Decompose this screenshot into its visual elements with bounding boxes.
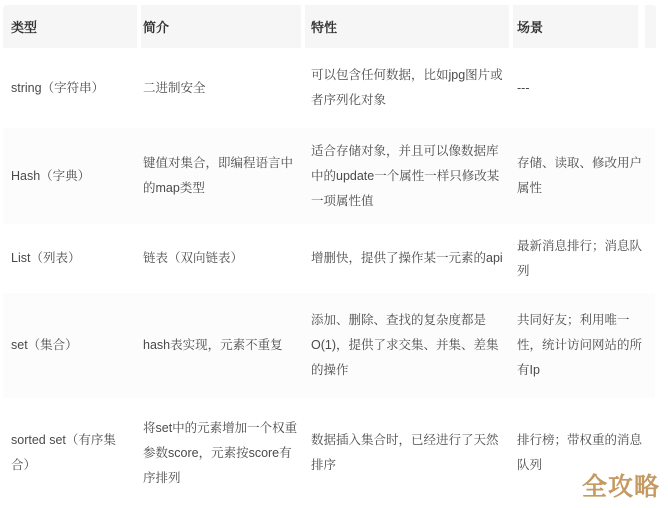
cell-type: string（字符串） <box>3 48 141 128</box>
cell-type: sorted set（有序集合） <box>3 398 141 508</box>
table-row: set（集合）hash表实现，元素不重复添加、删除、查找的复杂度都是O(1)，提… <box>3 293 655 398</box>
watermark: 全攻略 <box>582 467 660 503</box>
cell-type: set（集合） <box>3 293 141 398</box>
cell-feature: 数据插入集合时，已经进行了天然排序 <box>305 398 513 508</box>
table-row: Hash（字典）键值对集合，即编程语言中的map类型适合存储对象，并且可以像数据… <box>3 128 655 224</box>
header-cell-type: 类型 <box>3 5 137 48</box>
cell-intro: hash表实现，元素不重复 <box>141 293 305 398</box>
table-body: string（字符串）二进制安全可以包含任何数据，比如jpg图片或者序列化对象-… <box>3 48 655 508</box>
table-header: 类型 简介 特性 场景 <box>3 5 668 48</box>
table-row: string（字符串）二进制安全可以包含任何数据，比如jpg图片或者序列化对象-… <box>3 48 655 128</box>
cell-intro: 将set中的元素增加一个权重参数score，元素按score有序排列 <box>141 398 305 508</box>
cell-scene: 共同好友；利用唯一性，统计访问网站的所有Ip <box>513 293 655 398</box>
header-overflow-sliver <box>645 5 656 48</box>
cell-intro: 键值对集合，即编程语言中的map类型 <box>141 128 305 224</box>
header-cell-scene: 场景 <box>513 5 638 48</box>
cell-type: List（列表） <box>3 224 141 293</box>
cell-type: Hash（字典） <box>3 128 141 224</box>
table-row: List（列表）链表（双向链表）增删快，提供了操作某一元素的api最新消息排行；… <box>3 224 655 293</box>
redis-datatypes-table-page: 类型 简介 特性 场景 string（字符串）二进制安全可以包含任何数据，比如j… <box>0 0 668 508</box>
header-cell-feature: 特性 <box>305 5 509 48</box>
table-row: sorted set（有序集合）将set中的元素增加一个权重参数score，元素… <box>3 398 655 508</box>
header-cell-intro: 简介 <box>141 5 301 48</box>
cell-intro: 链表（双向链表） <box>141 224 305 293</box>
cell-feature: 适合存储对象，并且可以像数据库中的update一个属性一样只修改某一项属性值 <box>305 128 513 224</box>
cell-feature: 增删快，提供了操作某一元素的api <box>305 224 513 293</box>
cell-scene: 存储、读取、修改用户属性 <box>513 128 655 224</box>
cell-feature: 可以包含任何数据，比如jpg图片或者序列化对象 <box>305 48 513 128</box>
cell-scene: 最新消息排行；消息队列 <box>513 224 655 293</box>
cell-feature: 添加、删除、查找的复杂度都是O(1)，提供了求交集、并集、差集的操作 <box>305 293 513 398</box>
cell-scene: --- <box>513 48 655 128</box>
cell-intro: 二进制安全 <box>141 48 305 128</box>
